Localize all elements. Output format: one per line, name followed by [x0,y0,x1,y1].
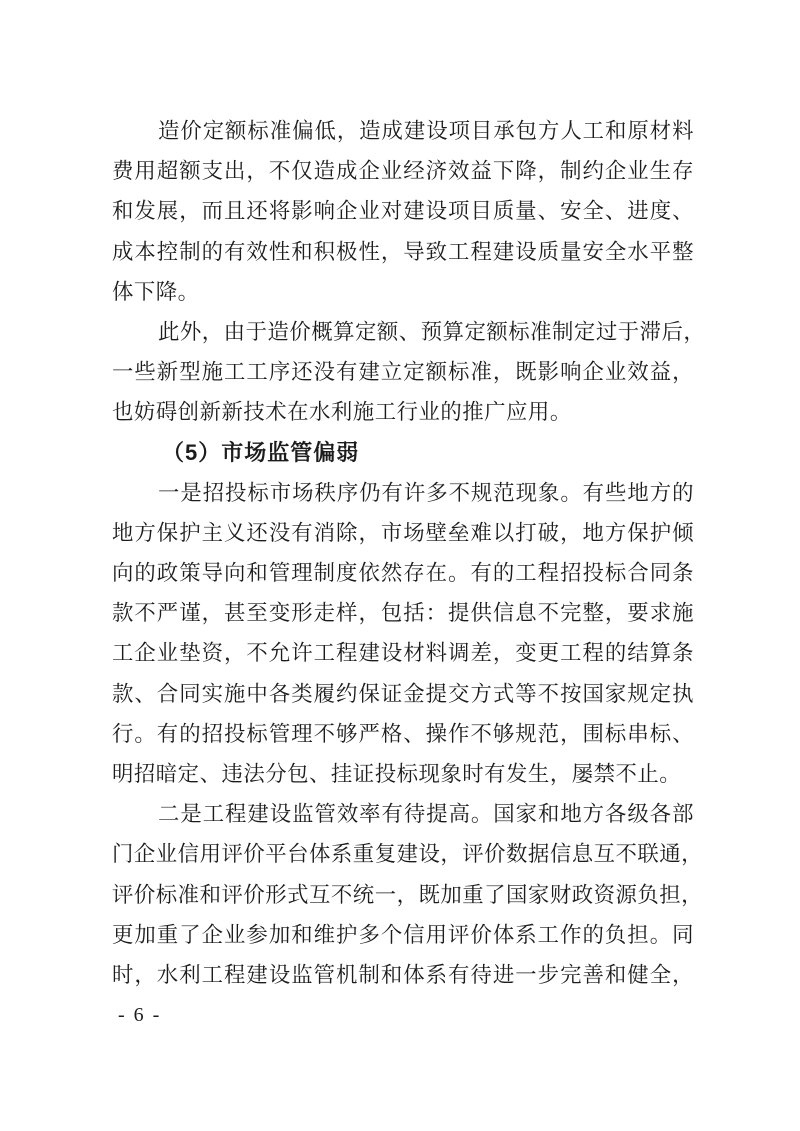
text-line: 和发展，而且还将影响企业对建设项目质量、安全、进度、 [112,191,694,231]
text-line: 一些新型施工工序还没有建立定额标准，既影响企业效益， [112,352,694,392]
text-line: 行。有的招投标管理不够严格、操作不够规范，围标串标、 [112,714,694,754]
text-line: 此外，由于造价概算定额、预算定额标准制定过于滞后， [112,312,694,352]
text-line: 向的政策导向和管理制度依然存在。有的工程招投标合同条 [112,553,694,593]
text-line: 地方保护主义还没有消除，市场壁垒难以打破，地方保护倾 [112,513,694,553]
text-line: 评价标准和评价形式互不统一，既加重了国家财政资源负担， [112,875,694,915]
document-page: 造价定额标准偏低，造成建设项目承包方人工和原材料费用超额支出，不仅造成企业经济效… [0,0,800,1131]
text-line: 时，水利工程建设监管机制和体系有待进一步完善和健全， [112,955,694,995]
section-heading: （5）市场监管偏弱 [112,433,694,473]
text-line: 款不严谨，甚至变形走样，包括：提供信息不完整，要求施 [112,593,694,633]
text-line: 款、合同实施中各类履约保证金提交方式等不按国家规定执 [112,674,694,714]
page-number: - 6 - [118,1000,161,1030]
text-line: 门企业信用评价平台体系重复建设，评价数据信息互不联通， [112,834,694,874]
text-line: 造价定额标准偏低，造成建设项目承包方人工和原材料 [112,111,694,151]
text-line: 成本控制的有效性和积极性，导致工程建设质量安全水平整 [112,232,694,272]
text-line: 二是工程建设监管效率有待提高。国家和地方各级各部 [112,794,694,834]
text-line: 也妨碍创新新技术在水利施工行业的推广应用。 [112,392,694,432]
text-line: 体下降。 [112,272,694,312]
text-line: 明招暗定、违法分包、挂证投标现象时有发生，屡禁不止。 [112,754,694,794]
text-line: 更加重了企业参加和维护多个信用评价体系工作的负担。同 [112,915,694,955]
text-line: 一是招投标市场秩序仍有许多不规范现象。有些地方的 [112,473,694,513]
text-line: 工企业垫资，不允许工程建设材料调差，变更工程的结算条 [112,633,694,673]
document-body: 造价定额标准偏低，造成建设项目承包方人工和原材料费用超额支出，不仅造成企业经济效… [112,111,694,995]
text-line: 费用超额支出，不仅造成企业经济效益下降，制约企业生存 [112,151,694,191]
